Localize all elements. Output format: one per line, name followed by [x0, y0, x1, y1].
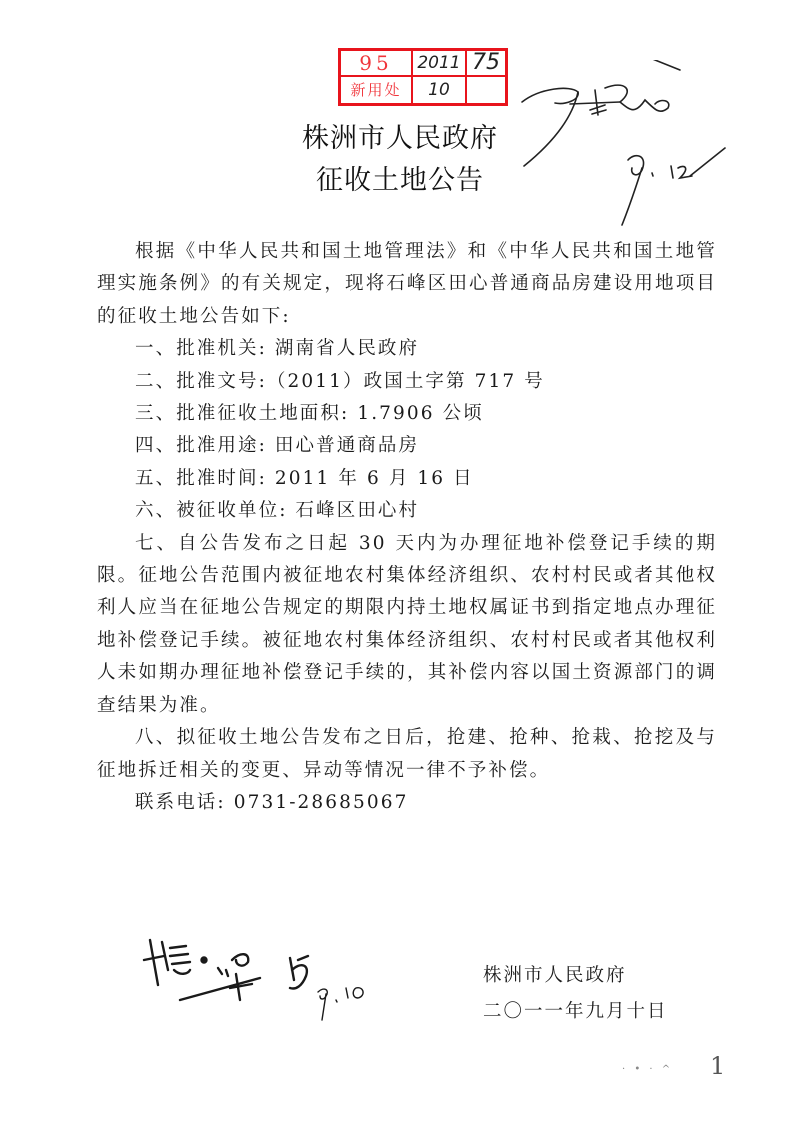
- stamp-seq: 75: [472, 52, 500, 74]
- stamp-cell-seq: 75: [467, 51, 505, 77]
- item-land-area: 三、批准征收土地面积: 1.7906 公顷: [97, 398, 717, 430]
- item-label: 四、批准用途:: [135, 435, 267, 456]
- item-label: 六、被征收单位:: [135, 500, 288, 521]
- item-value: 2011 年 6 月 16 日: [275, 468, 474, 489]
- stamp-month: 10: [428, 82, 450, 99]
- stamp-cell-empty: [467, 77, 505, 103]
- scan-specks: · • · ^: [622, 1064, 673, 1075]
- page-title-line2: 征收土地公告: [0, 158, 800, 197]
- item-value: 湖南省人民政府: [275, 338, 419, 359]
- issuer-block: 株洲市人民政府 二〇一一年九月十日: [483, 958, 668, 1030]
- stamp-year: 2011: [417, 55, 460, 72]
- document-page: 95 2011 75 新用处 10: [0, 0, 800, 1138]
- page-title-line1: 株洲市人民政府: [0, 116, 800, 155]
- item-label: 一、批准机关:: [135, 338, 267, 359]
- contact-value: 0731-28685067: [234, 792, 409, 813]
- item-value: 田心普通商品房: [275, 435, 419, 456]
- item-label: 三、批准征收土地面积:: [135, 403, 349, 424]
- clause-8-paragraph: 八、拟征收土地公告发布之日后，抢建、抢种、抢栽、抢挖及与征地拆迁相关的变更、异动…: [97, 722, 717, 787]
- stamp-office: 新用处: [350, 83, 401, 98]
- item-value: （2011）政国土字第 717 号: [267, 371, 545, 392]
- contact-label: 联系电话:: [135, 792, 226, 813]
- clause-7-paragraph: 七、自公告发布之日起 30 天内为办理征地补偿登记手续的期限。征地公告范围内被征…: [97, 528, 717, 722]
- contact-phone: 联系电话: 0731-28685067: [97, 787, 717, 819]
- item-approval-date: 五、批准时间: 2011 年 6 月 16 日: [97, 463, 717, 495]
- official-signature: [140, 930, 380, 1030]
- page-number: 1: [710, 1052, 725, 1080]
- registration-stamp: 95 2011 75 新用处 10: [338, 48, 508, 106]
- stamp-cell-month: 10: [413, 77, 467, 103]
- issue-date: 二〇一一年九月十日: [483, 994, 668, 1030]
- stamp-cell-number: 95: [341, 51, 413, 77]
- item-value: 石峰区田心村: [296, 500, 420, 521]
- intro-paragraph: 根据《中华人民共和国土地管理法》和《中华人民共和国土地管理实施条例》的有关规定，…: [97, 236, 717, 333]
- issuer-name: 株洲市人民政府: [483, 958, 668, 994]
- item-approval-authority: 一、批准机关: 湖南省人民政府: [97, 333, 717, 365]
- item-label: 二、批准文号:: [135, 371, 267, 392]
- item-expropriated-unit: 六、被征收单位: 石峰区田心村: [97, 495, 717, 527]
- stamp-cell-office: 新用处: [341, 77, 413, 103]
- item-value: 1.7906 公顷: [357, 403, 484, 424]
- handwritten-signature-icon: [140, 930, 380, 1030]
- item-approved-use: 四、批准用途: 田心普通商品房: [97, 430, 717, 462]
- item-approval-doc-number: 二、批准文号:（2011）政国土字第 717 号: [97, 366, 717, 398]
- notice-body: 根据《中华人民共和国土地管理法》和《中华人民共和国土地管理实施条例》的有关规定，…: [97, 236, 717, 819]
- item-label: 五、批准时间:: [135, 468, 267, 489]
- stamp-cell-year: 2011: [413, 51, 467, 77]
- stamp-number: 95: [359, 53, 392, 73]
